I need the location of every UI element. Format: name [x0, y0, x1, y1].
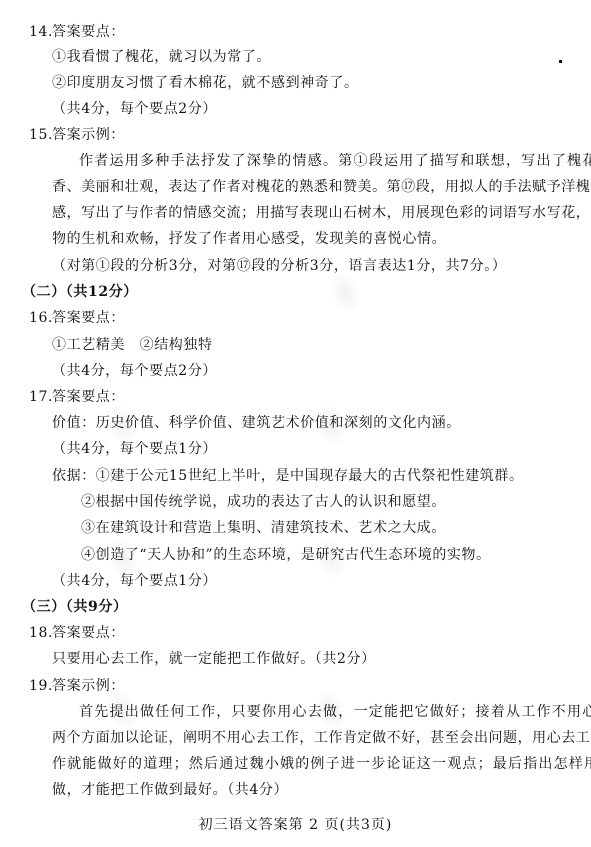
question-heading: 答案要点：: [52, 24, 125, 40]
question-heading: 答案示例：: [52, 678, 125, 694]
score-note: （共4分，每个要点1分）: [52, 572, 217, 590]
score-note: （共4分，每个要点2分）: [52, 362, 217, 380]
answer-line: 价值：历史价值、科学价值、建筑艺术价值和深刻的文化内涵。: [52, 414, 461, 432]
question-heading: 答案要点：: [52, 625, 125, 641]
score-note: （对第①段的分析3分，对第⑰段的分析3分，语言表达1分，共7分。）: [52, 257, 506, 275]
question-number: 19.: [29, 677, 52, 695]
answer-line: ③在建筑设计和营造上集明、清建筑技术、艺术之大成。: [81, 519, 446, 537]
question-19-heading: 19.答案示例：: [29, 677, 125, 695]
answer-line: ②印度朋友习惯了看木棉花，就不感到神奇了。: [52, 74, 359, 92]
answer-paragraph-line: 香、美丽和壮观，表达了作者对槐花的熟悉和赞美。第⑰段，用拟人的手法赋予洋槐以情: [52, 178, 591, 196]
question-heading: 答案示例：: [52, 127, 125, 143]
answer-paragraph-line: 作者运用多种手法抒发了深挚的情感。第①段运用了描写和联想，写出了槐花的清: [79, 152, 591, 170]
question-number: 14.: [29, 23, 52, 41]
score-note: （共4分，每个要点1分）: [52, 440, 217, 458]
page-footer: 初三语文答案第 2 页(共3页): [0, 816, 591, 834]
question-number: 18.: [29, 624, 52, 642]
scan-speck: [559, 60, 562, 63]
answer-paragraph-line: 作就能做好的道理；然后通过魏小娥的例子进一步论证这一观点；最后指出怎样用心去: [52, 755, 591, 773]
answer-line: 依据：①建于公元15世纪上半叶，是中国现存最大的古代祭祀性建筑群。: [52, 467, 524, 485]
question-16-heading: 16.答案要点：: [29, 309, 125, 327]
answer-line: 只要用心去工作，就一定能把工作做好。（共2分）: [52, 650, 376, 668]
answer-line: ①工艺精美 ②结构独特: [52, 336, 213, 354]
question-heading: 答案要点：: [52, 310, 125, 326]
question-number: 15.: [29, 126, 52, 144]
question-number: 16.: [29, 309, 52, 327]
question-14-heading: 14.答案要点：: [29, 23, 125, 41]
answer-line: ①我看惯了槐花，就习以为常了。: [52, 48, 271, 66]
score-note: （共4分，每个要点2分）: [52, 100, 217, 118]
answer-paragraph-line: 做，才能把工作做到最好。（共4分）: [52, 781, 288, 799]
part-3-heading: （三）（共9分）: [22, 598, 128, 616]
part-2-heading: （二）（共12分）: [22, 283, 138, 301]
answer-paragraph-line: 感，写出了与作者的情感交流；用描写表现山石树木，用展现色彩的词语写水写花，写出万: [52, 204, 591, 222]
question-17-heading: 17.答案要点：: [29, 388, 125, 406]
question-number: 17.: [29, 388, 52, 406]
answer-paragraph-line: 两个方面加以论证，阐明不用心去工作，工作肯定做不好，甚至会出问题，用心去工作，工: [52, 729, 591, 747]
question-heading: 答案要点：: [52, 389, 125, 405]
watermark-mark: [326, 269, 364, 315]
answer-paragraph-line: 物的生机和欢畅，抒发了作者用心感受，发现美的喜悦心情。: [52, 230, 446, 248]
question-15-heading: 15.答案示例：: [29, 126, 125, 144]
answer-line: ②根据中国传统学说，成功的表达了古人的认识和愿望。: [81, 493, 446, 511]
question-18-heading: 18.答案要点：: [29, 624, 125, 642]
answer-line: ④创造了“天人协和”的生态环境，是研究古代生态环境的实物。: [81, 546, 491, 564]
answer-paragraph-line: 首先提出做任何工作，只要你用心去做，一定能把它做好；接着从工作不用心和用心: [79, 703, 591, 721]
